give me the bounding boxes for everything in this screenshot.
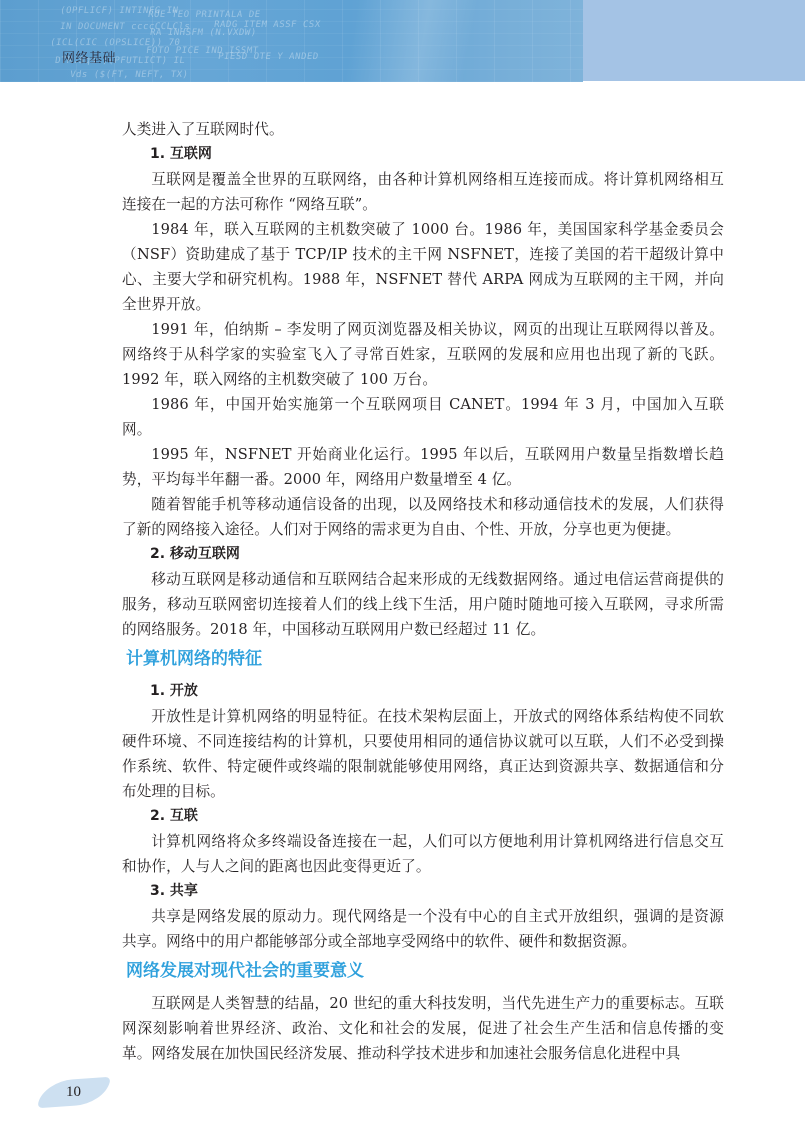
decorative-code-text: Vds ($(FT, NEFT, TX)	[69, 70, 189, 80]
body-paragraph: 互联网是覆盖全世界的互联网络，由各种计算机网络相互连接而成。将计算机网络相互连接…	[122, 167, 724, 217]
body-paragraph: 计算机网络将众多终端设备连接在一起，人们可以方便地利用计算机网络进行信息交互和协…	[122, 829, 724, 879]
subsection-heading: 2. 互联	[122, 804, 724, 829]
page-header: (OPFLICF) INTINFG IN IN DOCUMENT ccccCCL…	[0, 0, 805, 82]
body-paragraph: 1995 年，NSFNET 开始商业化运行。1995 年以后，互联网用户数量呈指…	[122, 442, 724, 492]
chapter-title: 网络基础	[62, 47, 116, 66]
page-body: 人类进入了互联网时代。1. 互联网互联网是覆盖全世界的互联网络，由各种计算机网络…	[122, 117, 724, 1066]
body-paragraph: 人类进入了互联网时代。	[122, 117, 724, 142]
body-paragraph: 1984 年，联入互联网的主机数突破了 1000 台。1986 年，美国国家科学…	[122, 217, 724, 317]
page-number: 10	[66, 1084, 81, 1101]
body-paragraph: 随着智能手机等移动通信设备的出现，以及网络技术和移动通信技术的发展，人们获得了新…	[122, 492, 724, 542]
section-heading: 网络发展对现代社会的重要意义	[122, 959, 724, 984]
subsection-heading: 1. 开放	[122, 679, 724, 704]
body-paragraph: 移动互联网是移动通信和互联网结合起来形成的无线数据网络。通过电信运营商提供的服务…	[122, 567, 724, 642]
header-side-panel	[583, 0, 805, 81]
decorative-code-text: PIESD OTE Y ANDED	[217, 52, 319, 62]
body-paragraph: 1986 年，中国开始实施第一个互联网项目 CANET。1994 年 3 月，中…	[122, 392, 724, 442]
subsection-heading: 1. 互联网	[122, 142, 724, 167]
body-paragraph: 1991 年，伯纳斯 – 李发明了网页浏览器及相关协议，网页的出现让互联网得以普…	[122, 317, 724, 392]
body-paragraph: 开放性是计算机网络的明显特征。在技术架构层面上，开放式的网络体系结构使不同软硬件…	[122, 704, 724, 804]
body-paragraph: 共享是网络发展的原动力。现代网络是一个没有中心的自主式开放组织，强调的是资源共享…	[122, 904, 724, 954]
decorative-code-text: RADG ITEM ASSF CSX	[213, 20, 321, 30]
subsection-heading: 3. 共享	[122, 879, 724, 904]
body-paragraph: 互联网是人类智慧的结晶，20 世纪的重大科技发明，当代先进生产力的重要标志。互联…	[122, 991, 724, 1066]
header-banner-image: (OPFLICF) INTINFG IN IN DOCUMENT ccccCCL…	[0, 0, 583, 82]
section-heading: 计算机网络的特征	[122, 647, 724, 672]
subsection-heading: 2. 移动互联网	[122, 542, 724, 567]
decorative-code-text: ROE TEO PRINTALA DE	[147, 10, 261, 20]
